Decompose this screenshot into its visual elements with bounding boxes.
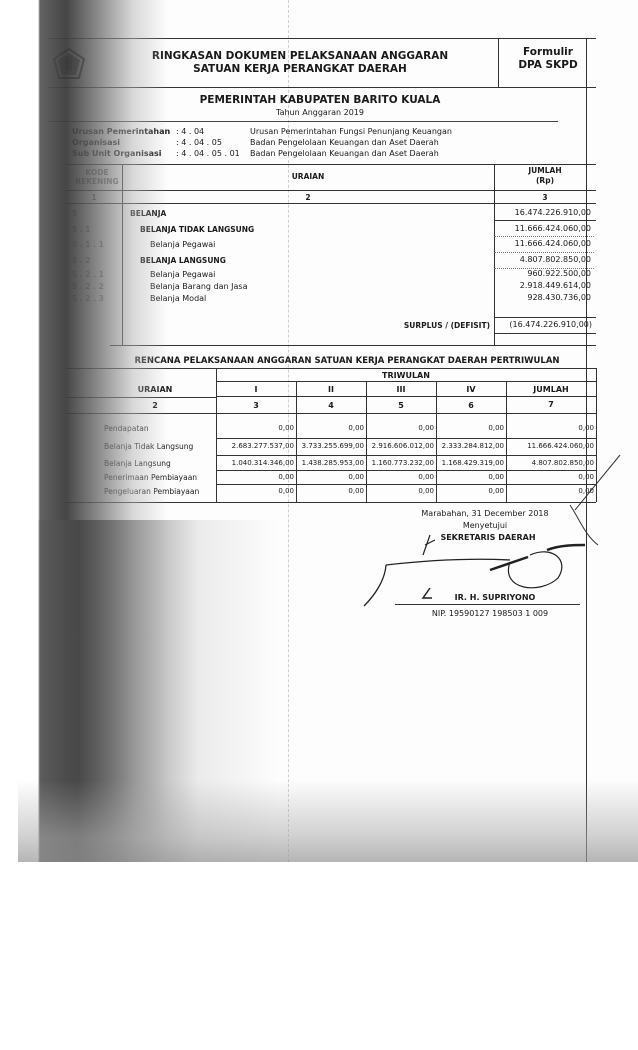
scan-shadow (18, 780, 638, 862)
scan-shadow (18, 0, 168, 862)
scan-shadow (18, 520, 278, 862)
scan-overlay (18, 0, 638, 862)
